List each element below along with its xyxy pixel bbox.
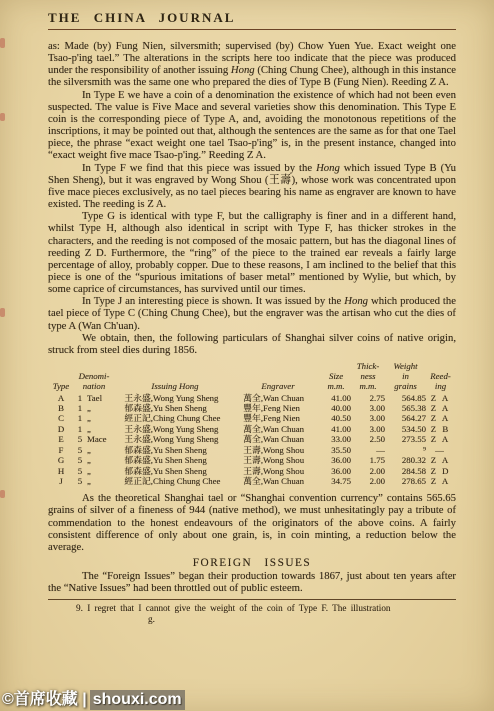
table-cell: Z A [426, 413, 455, 423]
text-segment: In Type E we have a coin of a denominati… [48, 89, 456, 162]
table-cell: 5 [73, 455, 87, 465]
scan-artifact [0, 490, 5, 498]
table-cell: 經正記, [115, 413, 153, 423]
table-cell: „ [87, 445, 115, 455]
table-cell: 王壽, [235, 455, 263, 465]
table-cell: 郁森盛, [115, 466, 153, 476]
paragraph-foreign-issues: The “Foreign Issues” began their product… [48, 570, 456, 594]
table-row: F5„郁森盛,Yu Shen Sheng王壽,Wong Shou35.50—⁹— [49, 445, 455, 455]
table-cell: 2.50 [351, 434, 385, 444]
column-header: Denomi- nation [73, 361, 115, 393]
table-cell: 3.00 [351, 413, 385, 423]
table-row: B1„郁森盛,Yu Shen Sheng豐年,Feng Nien40.003.0… [49, 403, 455, 413]
text-segment: As the theoretical Shanghai tael or “Sha… [48, 492, 456, 553]
table-cell: Wong Yung Sheng [153, 424, 235, 434]
body-text: as: Made (by) Fung Nien, silversmith; su… [48, 40, 456, 356]
text-segment: In Type F we find that this piece was is… [82, 162, 316, 174]
table-cell: 534.50 [385, 424, 426, 434]
table-cell: 280.32 [385, 455, 426, 465]
table-cell: F [49, 445, 73, 455]
table-cell: 郁森盛, [115, 455, 153, 465]
table-cell: 豐年, [235, 403, 263, 413]
table-cell: 41.00 [321, 393, 351, 403]
table-cell: 33.00 [321, 434, 351, 444]
scan-artifact [0, 308, 5, 317]
table-cell: 40.50 [321, 413, 351, 423]
table-cell: Z A [426, 476, 455, 486]
table-cell: Feng Nien [263, 403, 321, 413]
table-cell: Wan Chuan [263, 476, 321, 486]
footnote-line1: 9. I regret that I cannot give the weigh… [76, 603, 456, 614]
table-cell: 王永盛, [115, 434, 153, 444]
table-cell: Z A [426, 434, 455, 444]
table-cell: 1 [73, 393, 87, 403]
watermark: ©首席收藏 |shouxi.com [2, 686, 185, 709]
table-cell: 豐年, [235, 413, 263, 423]
table-cell: 王永盛, [115, 424, 153, 434]
table-cell: „ [87, 413, 115, 423]
table-cell: 564.85 [385, 393, 426, 403]
table-cell: 284.58 [385, 466, 426, 476]
header-rule [48, 29, 456, 30]
paragraph-type-j: In Type J an interesting piece is shown.… [48, 295, 456, 331]
table-cell: 2.00 [351, 476, 385, 486]
section-heading-foreign-issues: FOREIGN ISSUES [48, 557, 456, 569]
table-cell: „ [87, 466, 115, 476]
table-cell: 萬全, [235, 424, 263, 434]
watermark-site: shouxi.com [90, 690, 185, 710]
table-row: D1„王永盛,Wong Yung Sheng萬全,Wan Chuan41.003… [49, 424, 455, 434]
paragraph-continuation: as: Made (by) Fung Nien, silversmith; su… [48, 40, 456, 89]
page-header: THE CHINA JOURNAL [48, 8, 456, 30]
table-cell: 王壽, [235, 466, 263, 476]
column-header: Size m.m. [321, 361, 351, 393]
text-segment: We obtain, then, the following particula… [48, 332, 456, 356]
table-header: TypeDenomi- nationIssuing HongEngraverSi… [49, 361, 455, 393]
table-cell: 564.27 [385, 413, 426, 423]
table-cell: 5 [73, 476, 87, 486]
table-cell: 36.00 [321, 455, 351, 465]
table-cell: 王永盛, [115, 393, 153, 403]
column-header: Thick- ness m.m. [351, 361, 385, 393]
table-cell: „ [87, 476, 115, 486]
table-cell: Ching Chung Chee [153, 476, 235, 486]
table-cell: 萬全, [235, 393, 263, 403]
table-cell: 郁森盛, [115, 445, 153, 455]
table-cell: Wan Chuan [263, 434, 321, 444]
table-cell: A [49, 393, 73, 403]
table-cell: Tael [87, 393, 115, 403]
table-cell: 5 [73, 434, 87, 444]
table-cell: Z A [426, 403, 455, 413]
table-cell: Ching Chung Chee [153, 413, 235, 423]
table-row: C1„經正記,Ching Chung Chee豐年,Feng Nien40.50… [49, 413, 455, 423]
table-cell: „ [87, 424, 115, 434]
table-cell: 2.00 [351, 466, 385, 476]
table-cell: — [426, 445, 455, 455]
table-cell: 35.50 [321, 445, 351, 455]
table-row: G5„郁森盛,Yu Shen Sheng王壽,Wong Shou36.001.7… [49, 455, 455, 465]
table-cell: Wan Chuan [263, 424, 321, 434]
table-cell: 萬全, [235, 476, 263, 486]
column-header: Issuing Hong [115, 361, 235, 393]
table-row: A1Tael王永盛,Wong Yung Sheng萬全,Wan Chuan41.… [49, 393, 455, 403]
table-cell: Wan Chuan [263, 393, 321, 403]
table-cell: 3.00 [351, 424, 385, 434]
table-row: H5„郁森盛,Yu Shen Sheng王壽,Wong Shou36.002.0… [49, 466, 455, 476]
after-table-text: As the theoretical Shanghai tael or “Sha… [48, 492, 456, 594]
table-cell: G [49, 455, 73, 465]
table-cell: ⁹ [385, 445, 426, 455]
paragraph-type-g-h: Type G is identical with type F, but the… [48, 210, 456, 295]
paragraph-we-obtain: We obtain, then, the following particula… [48, 332, 456, 356]
table-cell: 5 [73, 445, 87, 455]
table-cell: 278.65 [385, 476, 426, 486]
table-cell: Wong Shou [263, 455, 321, 465]
text-segment: Type G is identical with type F, but the… [48, 210, 456, 295]
text-segment: In Type J an interesting piece is shown.… [82, 295, 344, 307]
table-cell: „ [87, 455, 115, 465]
column-header: Weight in grains [385, 361, 426, 393]
table-cell: 經正記, [115, 476, 153, 486]
table-cell: — [351, 445, 385, 455]
table-cell: 萬全, [235, 434, 263, 444]
scan-artifact [0, 38, 5, 48]
paragraph-theoretical-tael: As the theoretical Shanghai tael or “Sha… [48, 492, 456, 553]
table-cell: 34.75 [321, 476, 351, 486]
table-cell: 3.00 [351, 403, 385, 413]
table-cell: Wong Yung Sheng [153, 434, 235, 444]
text-segment: Hong [316, 162, 340, 174]
scanned-page: THE CHINA JOURNAL as: Made (by) Fung Nie… [0, 0, 494, 711]
table-cell: Wong Shou [263, 466, 321, 476]
table-cell: 1 [73, 413, 87, 423]
table-cell: Z D [426, 466, 455, 476]
table-cell: Z A [426, 455, 455, 465]
journal-title: THE CHINA JOURNAL [48, 8, 456, 26]
table-cell: 36.00 [321, 466, 351, 476]
watermark-chinese: ©首席收藏 | [2, 691, 87, 708]
table-cell: 41.00 [321, 424, 351, 434]
table-cell: 565.38 [385, 403, 426, 413]
table-cell: Yu Shen Sheng [153, 445, 235, 455]
table-cell: Z A [426, 393, 455, 403]
table-body: A1Tael王永盛,Wong Yung Sheng萬全,Wan Chuan41.… [49, 393, 455, 487]
column-header: Reed- ing [426, 361, 455, 393]
text-segment: Hong [344, 295, 368, 307]
table-cell: Wong Shou [263, 445, 321, 455]
table-cell: H [49, 466, 73, 476]
footnote: 9. I regret that I cannot give the weigh… [48, 599, 456, 625]
table-cell: Yu Shen Sheng [153, 403, 235, 413]
table-cell: 王壽, [235, 445, 263, 455]
table-row: J5„經正記,Ching Chung Chee萬全,Wan Chuan34.75… [49, 476, 455, 486]
table-cell: D [49, 424, 73, 434]
scan-artifact [0, 113, 5, 121]
table-cell: 1.75 [351, 455, 385, 465]
table-header-row: TypeDenomi- nationIssuing HongEngraverSi… [49, 361, 455, 393]
table-cell: Wong Yung Sheng [153, 393, 235, 403]
table-cell: Feng Nien [263, 413, 321, 423]
table-cell: Yu Shen Sheng [153, 466, 235, 476]
paragraph-type-f: In Type F we find that this piece was is… [48, 162, 456, 211]
table-cell: 40.00 [321, 403, 351, 413]
coin-particulars-table: TypeDenomi- nationIssuing HongEngraverSi… [49, 361, 455, 486]
table-cell: 5 [73, 466, 87, 476]
text-segment: Hong [231, 64, 255, 76]
table-cell: „ [87, 403, 115, 413]
table-cell: C [49, 413, 73, 423]
table-cell: 1 [73, 403, 87, 413]
table-cell: B [49, 403, 73, 413]
paragraph-type-e: In Type E we have a coin of a denominati… [48, 89, 456, 162]
table-cell: Yu Shen Sheng [153, 455, 235, 465]
table-cell: 郁森盛, [115, 403, 153, 413]
table-cell: Mace [87, 434, 115, 444]
table-row: E5Mace王永盛,Wong Yung Sheng萬全,Wan Chuan33.… [49, 434, 455, 444]
table-cell: E [49, 434, 73, 444]
table-cell: 1 [73, 424, 87, 434]
table-cell: Z B [426, 424, 455, 434]
column-header: Type [49, 361, 73, 393]
table-cell: 273.55 [385, 434, 426, 444]
column-header: Engraver [235, 361, 321, 393]
table-cell: J [49, 476, 73, 486]
footnote-line2: g. [148, 614, 456, 625]
text-segment: The “Foreign Issues” began their product… [48, 570, 456, 594]
table-cell: 2.75 [351, 393, 385, 403]
